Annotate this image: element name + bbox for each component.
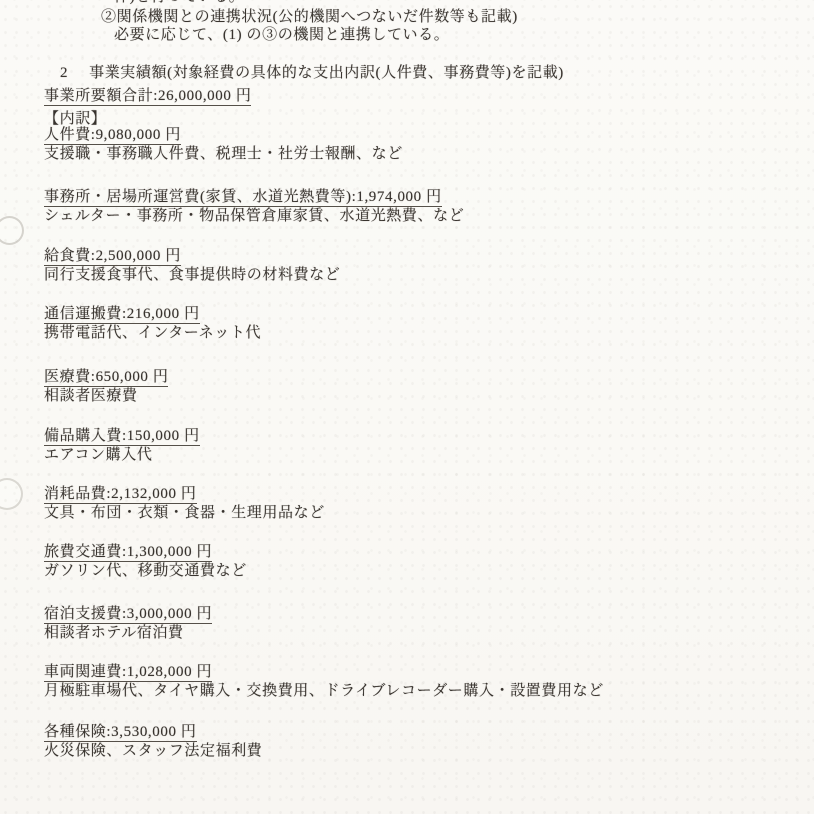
expense-item: 消耗品費:2,132,000 円 文具・布団・衣類・食器・生理用品など	[44, 485, 325, 522]
expense-item-description: 火災保険、スタッフ法定福利費	[44, 742, 262, 760]
expense-item: 医療費:650,000 円 相談者医療費	[44, 368, 168, 405]
section-heading-text: 事業実績額(対象経費の具体的な支出内訳(人件費、事務費等)を記載)	[89, 65, 564, 81]
expense-item-title: 旅費交通費:1,300,000 円	[44, 544, 212, 562]
section-number: 2	[60, 64, 68, 82]
cooperation-line: 必要に応じて、(1) の③の機関と連携している。	[114, 26, 449, 44]
expense-item-title: 車両関連費:1,028,000 円	[44, 664, 212, 682]
expense-item: 宿泊支援費:3,000,000 円 相談者ホテル宿泊費	[44, 605, 212, 642]
expense-item-description: 同行支援食事代、食事提供時の材料費など	[44, 266, 340, 284]
expense-item-description: エアコン購入代	[44, 446, 200, 464]
expense-item-title: 消耗品費:2,132,000 円	[44, 486, 197, 504]
expense-item-title: 備品購入費:150,000 円	[44, 428, 200, 446]
expense-item-title: 人件費:9,080,000 円	[44, 127, 181, 145]
expense-item-title: 通信運搬費:216,000 円	[44, 306, 200, 324]
scanned-document-page: 件)を行っている。 ②関係機関との連携状況(公的機関へつないだ件数等も記載) 必…	[0, 0, 814, 814]
expense-item-title: 各種保険:3,530,000 円	[44, 724, 197, 742]
total-amount-line: 事業所要額合計:26,000,000 円	[44, 87, 251, 105]
related-organizations-line: ②関係機関との連携状況(公的機関へつないだ件数等も記載)	[101, 8, 518, 26]
hole-punch-mark	[0, 478, 23, 510]
expense-item-description: 文具・布団・衣類・食器・生理用品など	[44, 504, 325, 522]
expense-item-description: ガソリン代、移動交通費など	[44, 562, 247, 580]
expense-item: 車両関連費:1,028,000 円 月極駐車場代、タイヤ購入・交換費用、ドライブ…	[44, 663, 604, 700]
expense-item: 旅費交通費:1,300,000 円 ガソリン代、移動交通費など	[44, 543, 247, 580]
expense-item-title: 宿泊支援費:3,000,000 円	[44, 606, 212, 624]
expense-item-description: 月極駐車場代、タイヤ購入・交換費用、ドライブレコーダー購入・設置費用など	[44, 682, 604, 700]
expense-item-description: 支援職・事務職人件費、税理士・社労士報酬、など	[44, 145, 403, 163]
expense-item-title: 医療費:650,000 円	[44, 369, 168, 387]
expense-item: 給食費:2,500,000 円 同行支援食事代、食事提供時の材料費など	[44, 247, 340, 284]
expense-item-description: シェルター・事務所・物品保管倉庫家賃、水道光熱費、など	[44, 207, 464, 225]
expense-item-description: 相談者ホテル宿泊費	[44, 624, 212, 642]
total-amount-text: 事業所要額合計:26,000,000 円	[44, 88, 251, 106]
hole-punch-mark	[0, 216, 24, 245]
clipped-top-line: 件)を行っている。	[114, 0, 244, 6]
expense-item: 備品購入費:150,000 円 エアコン購入代	[44, 427, 200, 464]
expense-item-title: 事務所・居場所運営費(家賃、水道光熱費等):1,974,000 円	[44, 189, 442, 207]
expense-item: 事務所・居場所運営費(家賃、水道光熱費等):1,974,000 円 シェルター・…	[44, 188, 464, 225]
expense-item: 人件費:9,080,000 円 支援職・事務職人件費、税理士・社労士報酬、など	[44, 126, 403, 163]
expense-item-description: 携帯電話代、インターネット代	[44, 324, 261, 342]
expense-item-title: 給食費:2,500,000 円	[44, 248, 181, 266]
expense-item: 通信運搬費:216,000 円 携帯電話代、インターネット代	[44, 305, 261, 342]
expense-item: 各種保険:3,530,000 円 火災保険、スタッフ法定福利費	[44, 723, 262, 760]
expense-item-description: 相談者医療費	[44, 387, 168, 405]
section-heading: 2事業実績額(対象経費の具体的な支出内訳(人件費、事務費等)を記載)	[60, 64, 564, 82]
